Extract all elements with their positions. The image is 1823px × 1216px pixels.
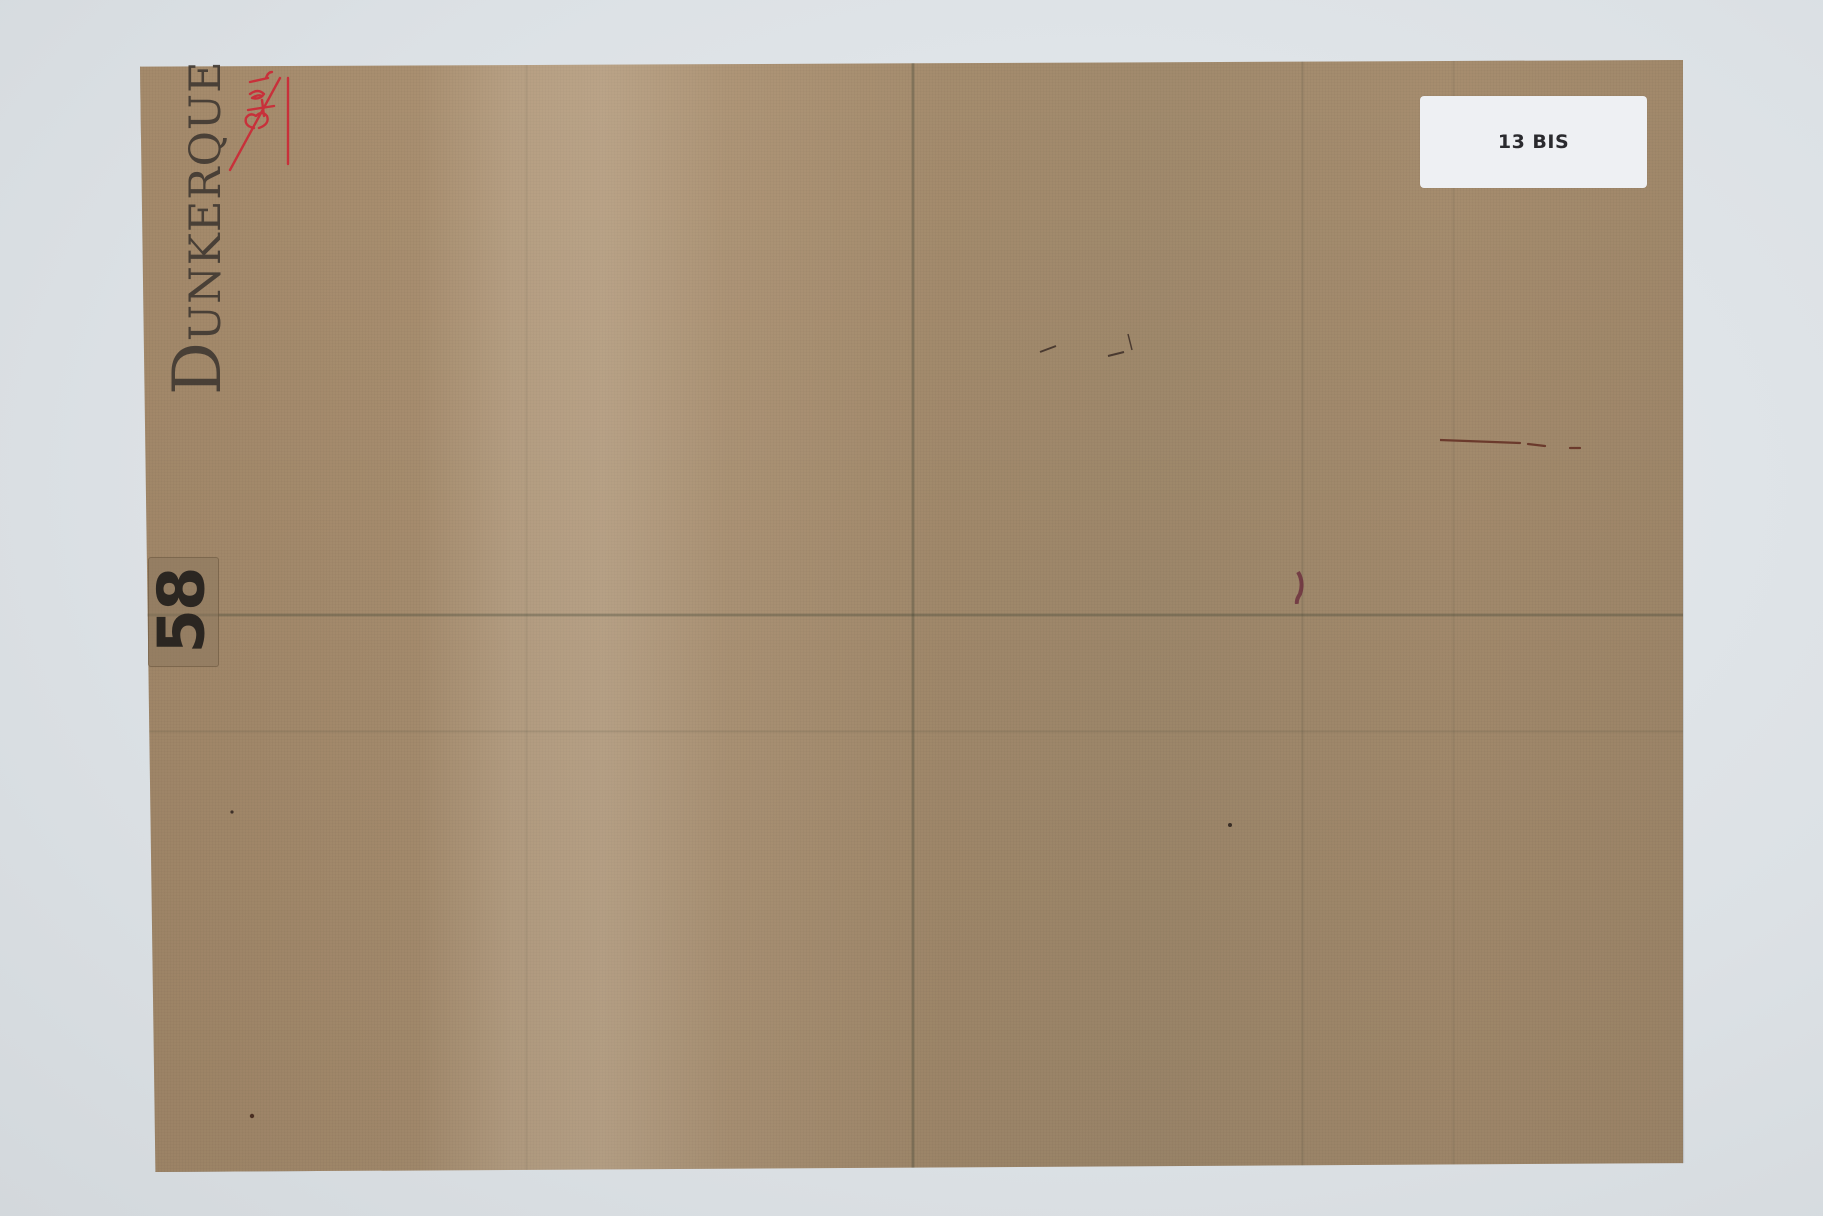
spot-mark (228, 808, 236, 816)
stenciled-title: DUNKERQUE (165, 60, 231, 395)
faint-fold-line (140, 730, 1683, 733)
number-sticker-text-container: 58 (148, 557, 217, 665)
handwritten-note-13ter (228, 60, 298, 220)
faint-fold-line (525, 60, 528, 1172)
stenciled-title-rest: UNKERQUE (181, 60, 231, 341)
stenciled-title-initial: D (159, 341, 236, 395)
document-sheet (140, 60, 1683, 1172)
faint-fold-line (1301, 60, 1304, 1172)
spot-mark (1225, 820, 1235, 830)
scratch-mark (1020, 330, 1160, 380)
spot-mark (247, 1111, 257, 1121)
catalog-label: 13 BIS (1420, 96, 1647, 188)
stain-mark (1290, 570, 1310, 604)
catalog-label-text: 13 BIS (1498, 131, 1569, 153)
ink-stroke-mark (1440, 436, 1610, 456)
number-sticker-text: 58 (146, 568, 220, 653)
faint-fold-line (1452, 60, 1455, 1172)
